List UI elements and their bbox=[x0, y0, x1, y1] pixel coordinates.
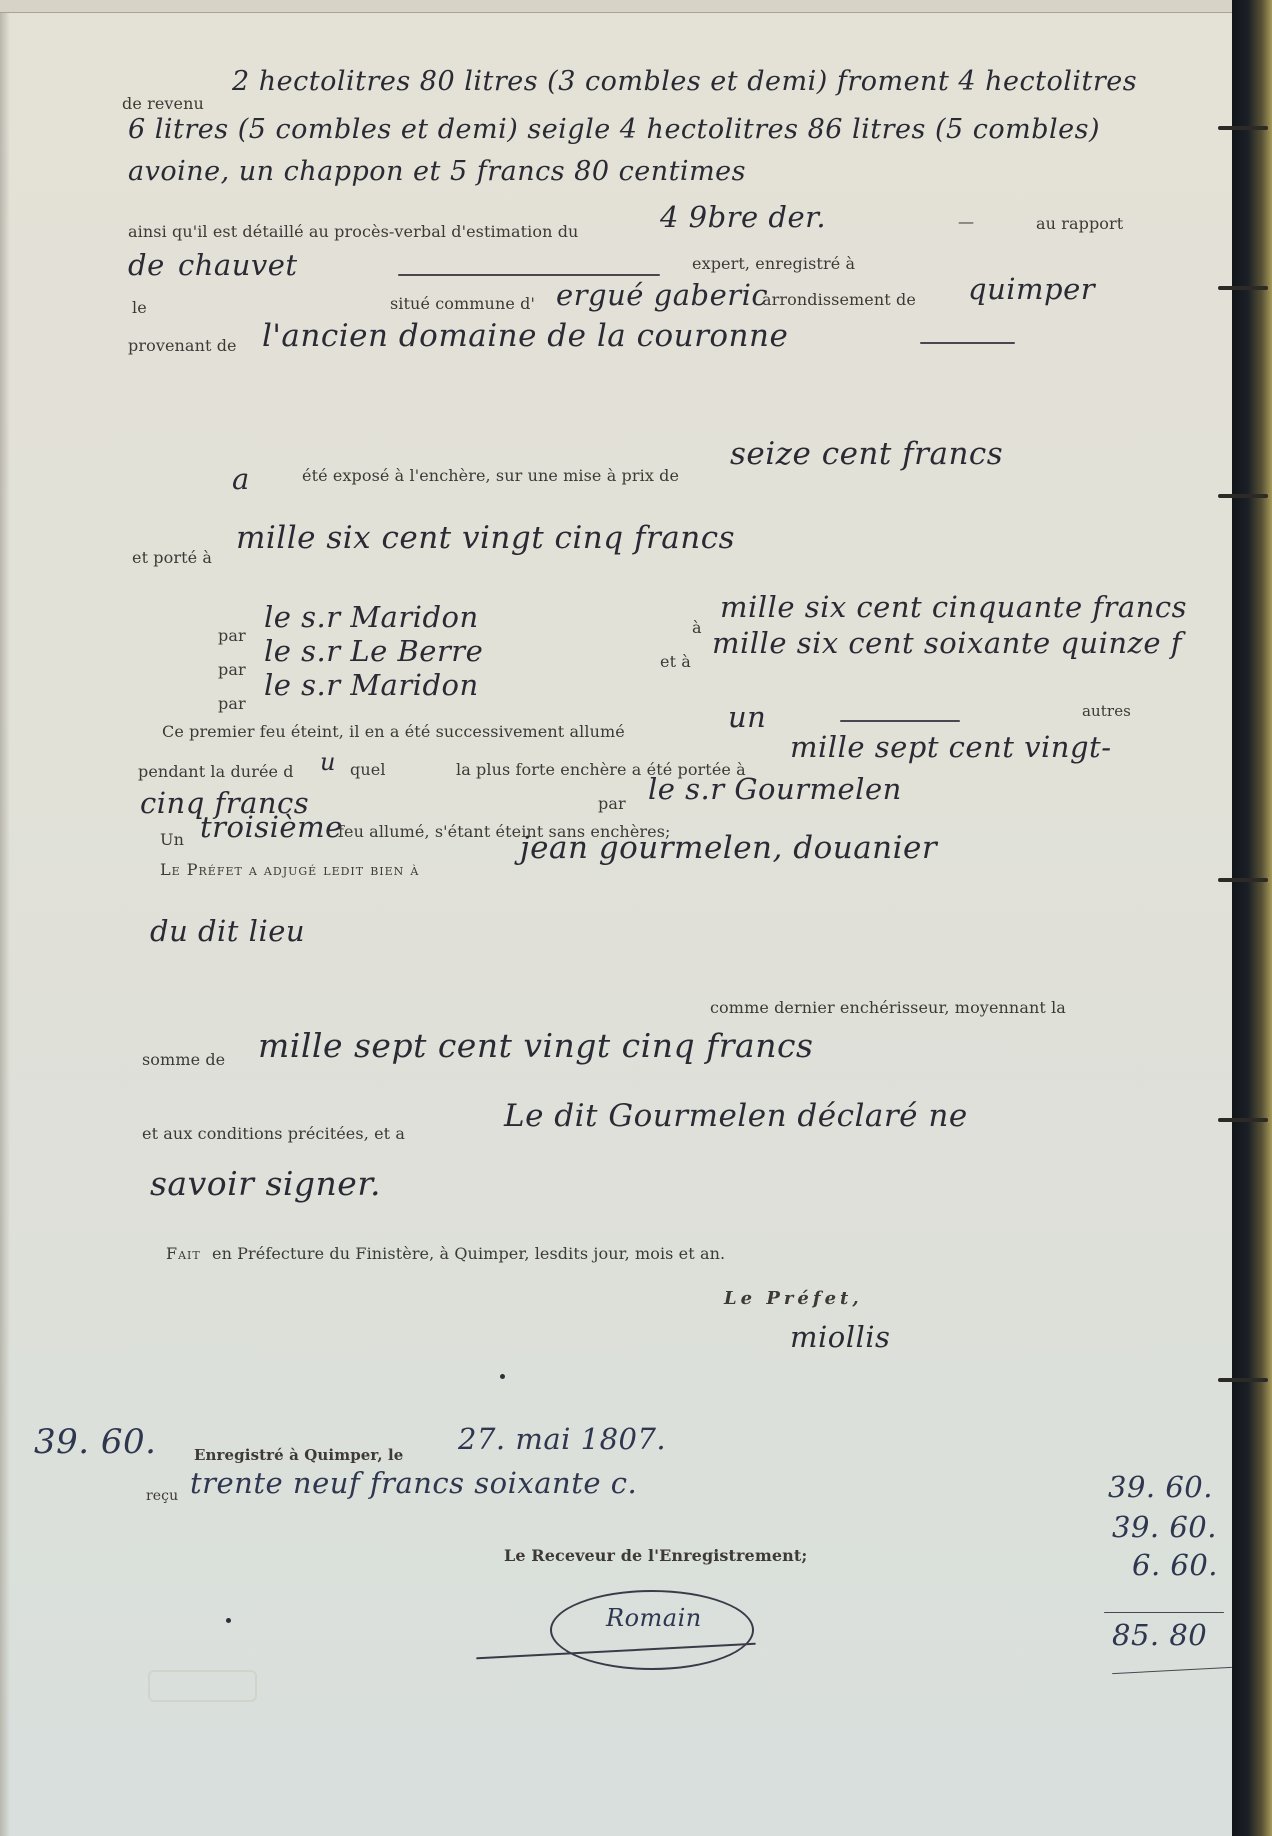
second-fire-label: Ce premier feu éteint, il en a été succe… bbox=[162, 722, 625, 741]
binding-stitch bbox=[1218, 1118, 1268, 1122]
estimation-dash: — bbox=[958, 212, 974, 231]
revenue-line-1: 2 hectolitres 80 litres (3 combles et de… bbox=[232, 66, 1137, 97]
registration-date: 27. mai 1807. bbox=[458, 1422, 666, 1456]
binding-stitch bbox=[1218, 878, 1268, 882]
second-fire-suffix: autres bbox=[1082, 702, 1131, 720]
highest-bid-line-1: mille sept cent vingt- bbox=[790, 730, 1112, 764]
blank-line bbox=[920, 342, 1015, 344]
third-fire-hand: troisième bbox=[200, 810, 343, 844]
estimation-date: 4 9bre der. bbox=[660, 200, 826, 234]
registration-margin-amount: 39. 60. bbox=[34, 1422, 156, 1462]
estimation-label: ainsi qu'il est détaillé au procès-verba… bbox=[128, 222, 578, 241]
revenue-label: de revenu bbox=[122, 94, 204, 113]
bid-1-bidder: le s.r Maridon bbox=[264, 600, 479, 634]
binding-stitch bbox=[1218, 126, 1268, 130]
receiver-signature: Romain bbox=[606, 1604, 702, 1632]
prefect-signature: miollis bbox=[790, 1320, 890, 1354]
blank-line bbox=[398, 274, 660, 276]
exposed-label: été exposé à l'enchère, sur une mise à p… bbox=[302, 466, 679, 485]
fait-label: Fait bbox=[166, 1244, 201, 1263]
registration-label: Enregistré à Quimper, le bbox=[194, 1446, 403, 1464]
bid-3-par: par bbox=[218, 694, 246, 713]
expert-prefix: de bbox=[128, 248, 165, 282]
duration-label: pendant la durée d bbox=[138, 762, 294, 781]
fait-text: en Préfecture du Finistère, à Quimper, l… bbox=[212, 1244, 725, 1263]
received-label: reçu bbox=[146, 1488, 178, 1504]
receiver-title: Le Receveur de l'Enregistrement; bbox=[504, 1546, 807, 1565]
last-bidder-label: comme dernier enchérisseur, moyennant la bbox=[710, 998, 1066, 1017]
arrondissement-label: arrondissement de bbox=[762, 290, 916, 309]
bid-1-amount: mille six cent cinquante francs bbox=[720, 590, 1187, 624]
bid-1-par: par bbox=[218, 626, 246, 645]
duration-quel: quel bbox=[350, 760, 386, 779]
ink-dot bbox=[500, 1374, 505, 1379]
provenance-value: l'ancien domaine de la couronne bbox=[262, 318, 788, 354]
blank-line bbox=[840, 720, 960, 722]
bid-1-link: à bbox=[692, 618, 702, 637]
book-binding bbox=[1232, 0, 1272, 1836]
ink-dot bbox=[226, 1618, 231, 1623]
bid-2-amount: mille six cent soixante quinze f bbox=[712, 626, 1182, 660]
third-fire-prefix: Un bbox=[160, 830, 184, 849]
revenue-line-2: 6 litres (5 combles et demi) seigle 4 he… bbox=[128, 114, 1100, 145]
auction-subject: a bbox=[232, 462, 250, 496]
sum-label: somme de bbox=[142, 1050, 225, 1069]
tally-row-3: 6. 60. bbox=[1132, 1548, 1218, 1582]
provenance-label: provenant de bbox=[128, 336, 237, 355]
tally-total: 85. 80 bbox=[1112, 1618, 1207, 1652]
tally-row-2: 39. 60. bbox=[1112, 1510, 1217, 1544]
bid-2-link: et à bbox=[660, 652, 691, 671]
tally-row-1: 39. 60. bbox=[1108, 1470, 1213, 1504]
expert-name: chauvet bbox=[178, 248, 298, 282]
bid-3-bidder: le s.r Maridon bbox=[264, 668, 479, 702]
second-fire-count: un bbox=[728, 700, 766, 734]
declaration-line-2: savoir signer. bbox=[150, 1164, 381, 1203]
faded-stamp bbox=[148, 1670, 257, 1702]
conditions-label: et aux conditions précitées, et a bbox=[142, 1124, 405, 1143]
bid-2-bidder: le s.r Le Berre bbox=[264, 634, 483, 668]
arrondissement-name: quimper bbox=[968, 272, 1095, 306]
winner-name: jean gourmelen, douanier bbox=[520, 830, 937, 866]
document-page: de revenu 2 hectolitres 80 litres (3 com… bbox=[0, 0, 1232, 1836]
commune-name: ergué gaberic bbox=[556, 278, 768, 312]
highest-bidder: le s.r Gourmelen bbox=[648, 772, 902, 806]
starting-price: seize cent francs bbox=[730, 436, 1003, 472]
tally-underline bbox=[1112, 1667, 1232, 1674]
previous-page-fragment bbox=[0, 0, 1245, 13]
bid-2-par: par bbox=[218, 660, 246, 679]
declaration-line-1: Le dit Gourmelen déclaré ne bbox=[504, 1098, 968, 1134]
au-rapport-label: au rapport bbox=[1036, 214, 1123, 233]
le-label: le bbox=[132, 298, 147, 317]
binding-stitch bbox=[1218, 286, 1268, 290]
binding-stitch bbox=[1218, 1378, 1268, 1382]
binding-stitch bbox=[1218, 494, 1268, 498]
revenue-line-3: avoine, un chappon et 5 francs 80 centim… bbox=[128, 156, 746, 187]
expert-label: expert, enregistré à bbox=[692, 254, 855, 273]
raised-price: mille six cent vingt cinq francs bbox=[236, 520, 735, 556]
sum-value: mille sept cent vingt cinq francs bbox=[258, 1026, 813, 1065]
commune-label: situé commune d' bbox=[390, 294, 535, 313]
prefect-awarded-label: Le Préfet a adjugé ledit bien à bbox=[160, 860, 419, 879]
duration-hand: u bbox=[320, 748, 336, 776]
tally-sum-line bbox=[1104, 1612, 1224, 1613]
highest-bidder-par: par bbox=[598, 794, 626, 813]
raised-label: et porté à bbox=[132, 548, 212, 567]
prefect-title: Le Préfet, bbox=[724, 1288, 863, 1309]
winner-line-2: du dit lieu bbox=[150, 914, 305, 948]
received-amount: trente neuf francs soixante c. bbox=[190, 1466, 637, 1500]
